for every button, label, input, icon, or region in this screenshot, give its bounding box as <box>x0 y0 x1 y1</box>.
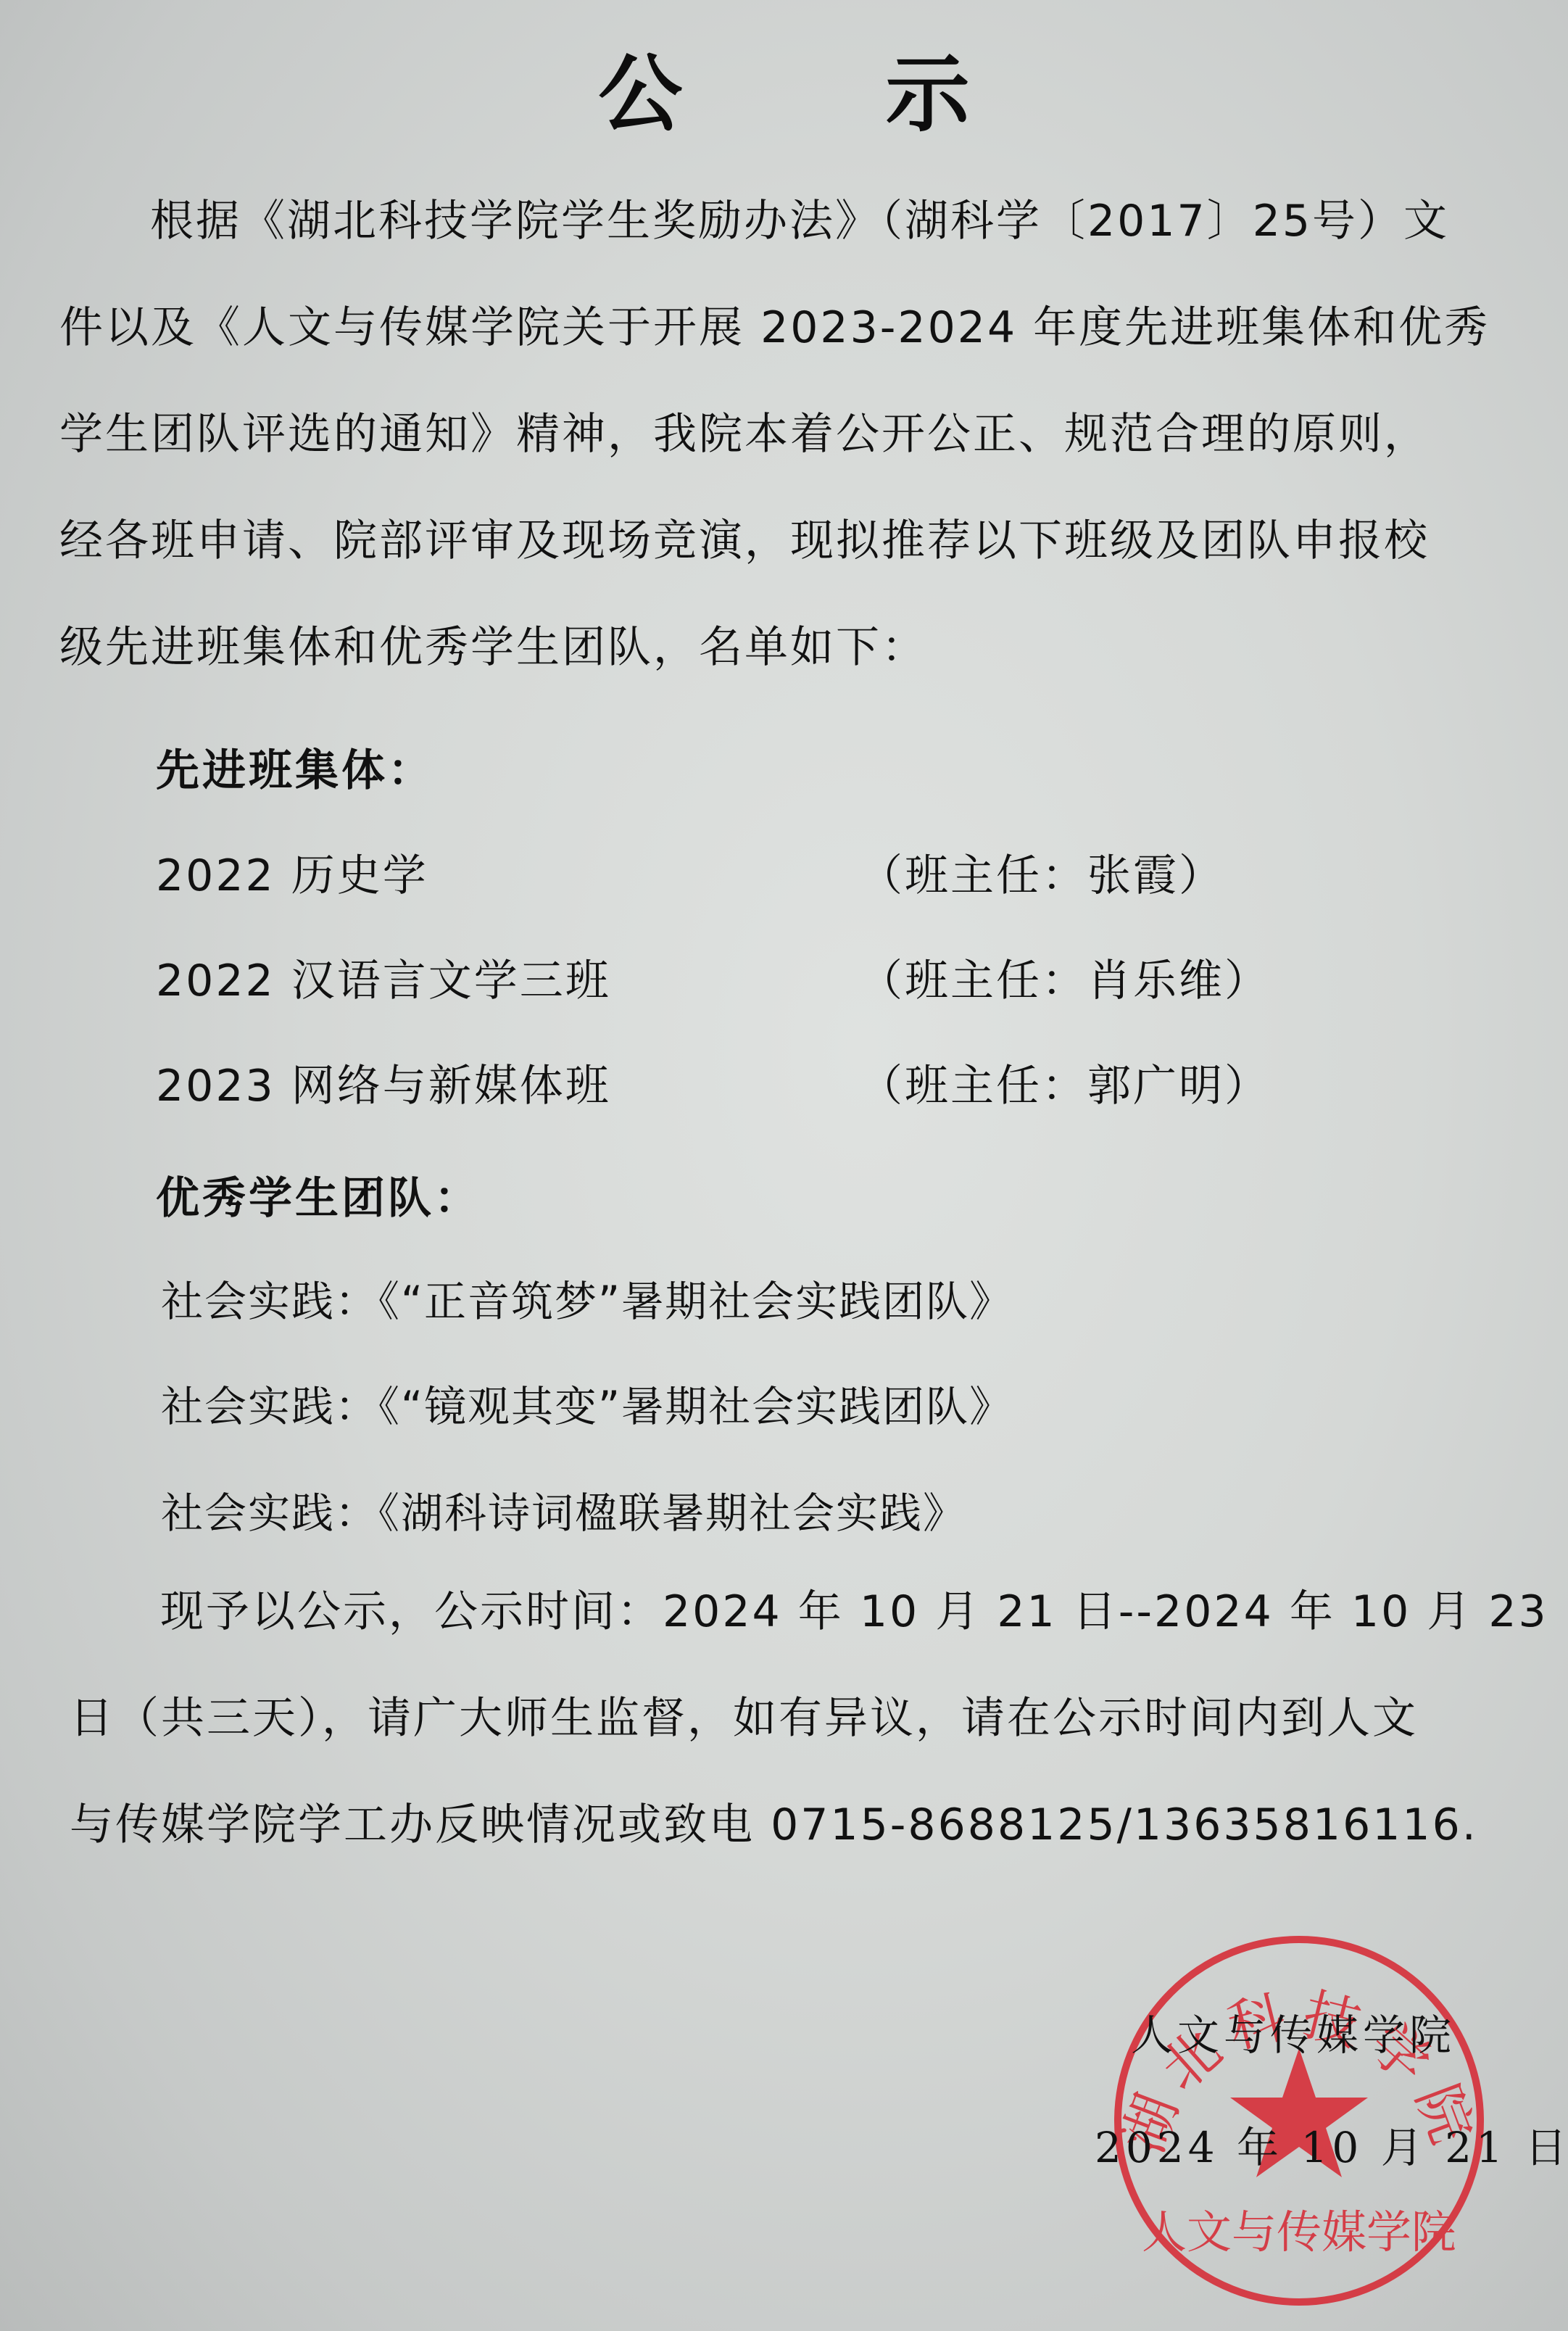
excellent-teams-heading: 优秀学生团队： <box>156 1164 481 1226</box>
intro-line: 级先进班集体和优秀学生团队，名单如下： <box>59 595 1480 701</box>
closing-line: 与传媒学院学工办反映情况或致电 0715-8688125/13635816116… <box>70 1772 1490 1879</box>
class-name: 2022 汉语言文学三班 <box>156 946 611 1009</box>
page-title: 公 示 <box>0 44 1568 145</box>
intro-line: 根据《湖北科技学院学生奖励办法》（湖科学〔2017〕25号）文 <box>59 168 1480 275</box>
notice-page: 公 示 根据《湖北科技学院学生奖励办法》（湖科学〔2017〕25号）文 件以及《… <box>0 0 1568 2331</box>
class-name: 2022 历史学 <box>156 841 428 903</box>
team-list-item: 社会实践：《“正音筑梦”暑期社会实践团队》 <box>161 1267 1013 1328</box>
signature-organization: 人文与传媒学院 <box>1131 2001 1456 2062</box>
signature-date: 2024 年 10 月 21 日 <box>1095 2113 1568 2174</box>
head-teacher: （班主任：张霞） <box>859 841 1224 903</box>
closing-paragraph: 现予以公示，公示时间：2024 年 10 月 21 日--2024 年 10 月… <box>70 1559 1490 1879</box>
closing-line: 现予以公示，公示时间：2024 年 10 月 21 日--2024 年 10 月… <box>70 1559 1490 1665</box>
closing-line: 日（共三天），请广大师生监督，如有异议，请在公示时间内到人文 <box>70 1665 1490 1772</box>
stamp-bottom-text: 人文与传媒学院 <box>1142 2206 1456 2258</box>
class-name: 2023 网络与新媒体班 <box>156 1051 611 1114</box>
team-list-item: 社会实践：《湖科诗词楹联暑期社会实践》 <box>161 1479 966 1540</box>
intro-paragraph: 根据《湖北科技学院学生奖励办法》（湖科学〔2017〕25号）文 件以及《人文与传… <box>59 168 1480 701</box>
intro-line: 件以及《人文与传媒学院关于开展 2023-2024 年度先进班集体和优秀 <box>59 275 1480 381</box>
intro-line: 经各班申请、院部评审及现场竞演，现拟推荐以下班级及团队申报校 <box>59 488 1480 595</box>
head-teacher: （班主任：郭广明） <box>859 1051 1270 1114</box>
head-teacher: （班主任：肖乐维） <box>859 946 1270 1009</box>
team-list-item: 社会实践：《“镜观其变”暑期社会实践团队》 <box>161 1372 1013 1433</box>
advanced-classes-heading: 先进班集体： <box>156 736 434 798</box>
intro-line: 学生团队评选的通知》精神，我院本着公开公正、规范合理的原则， <box>59 381 1480 488</box>
